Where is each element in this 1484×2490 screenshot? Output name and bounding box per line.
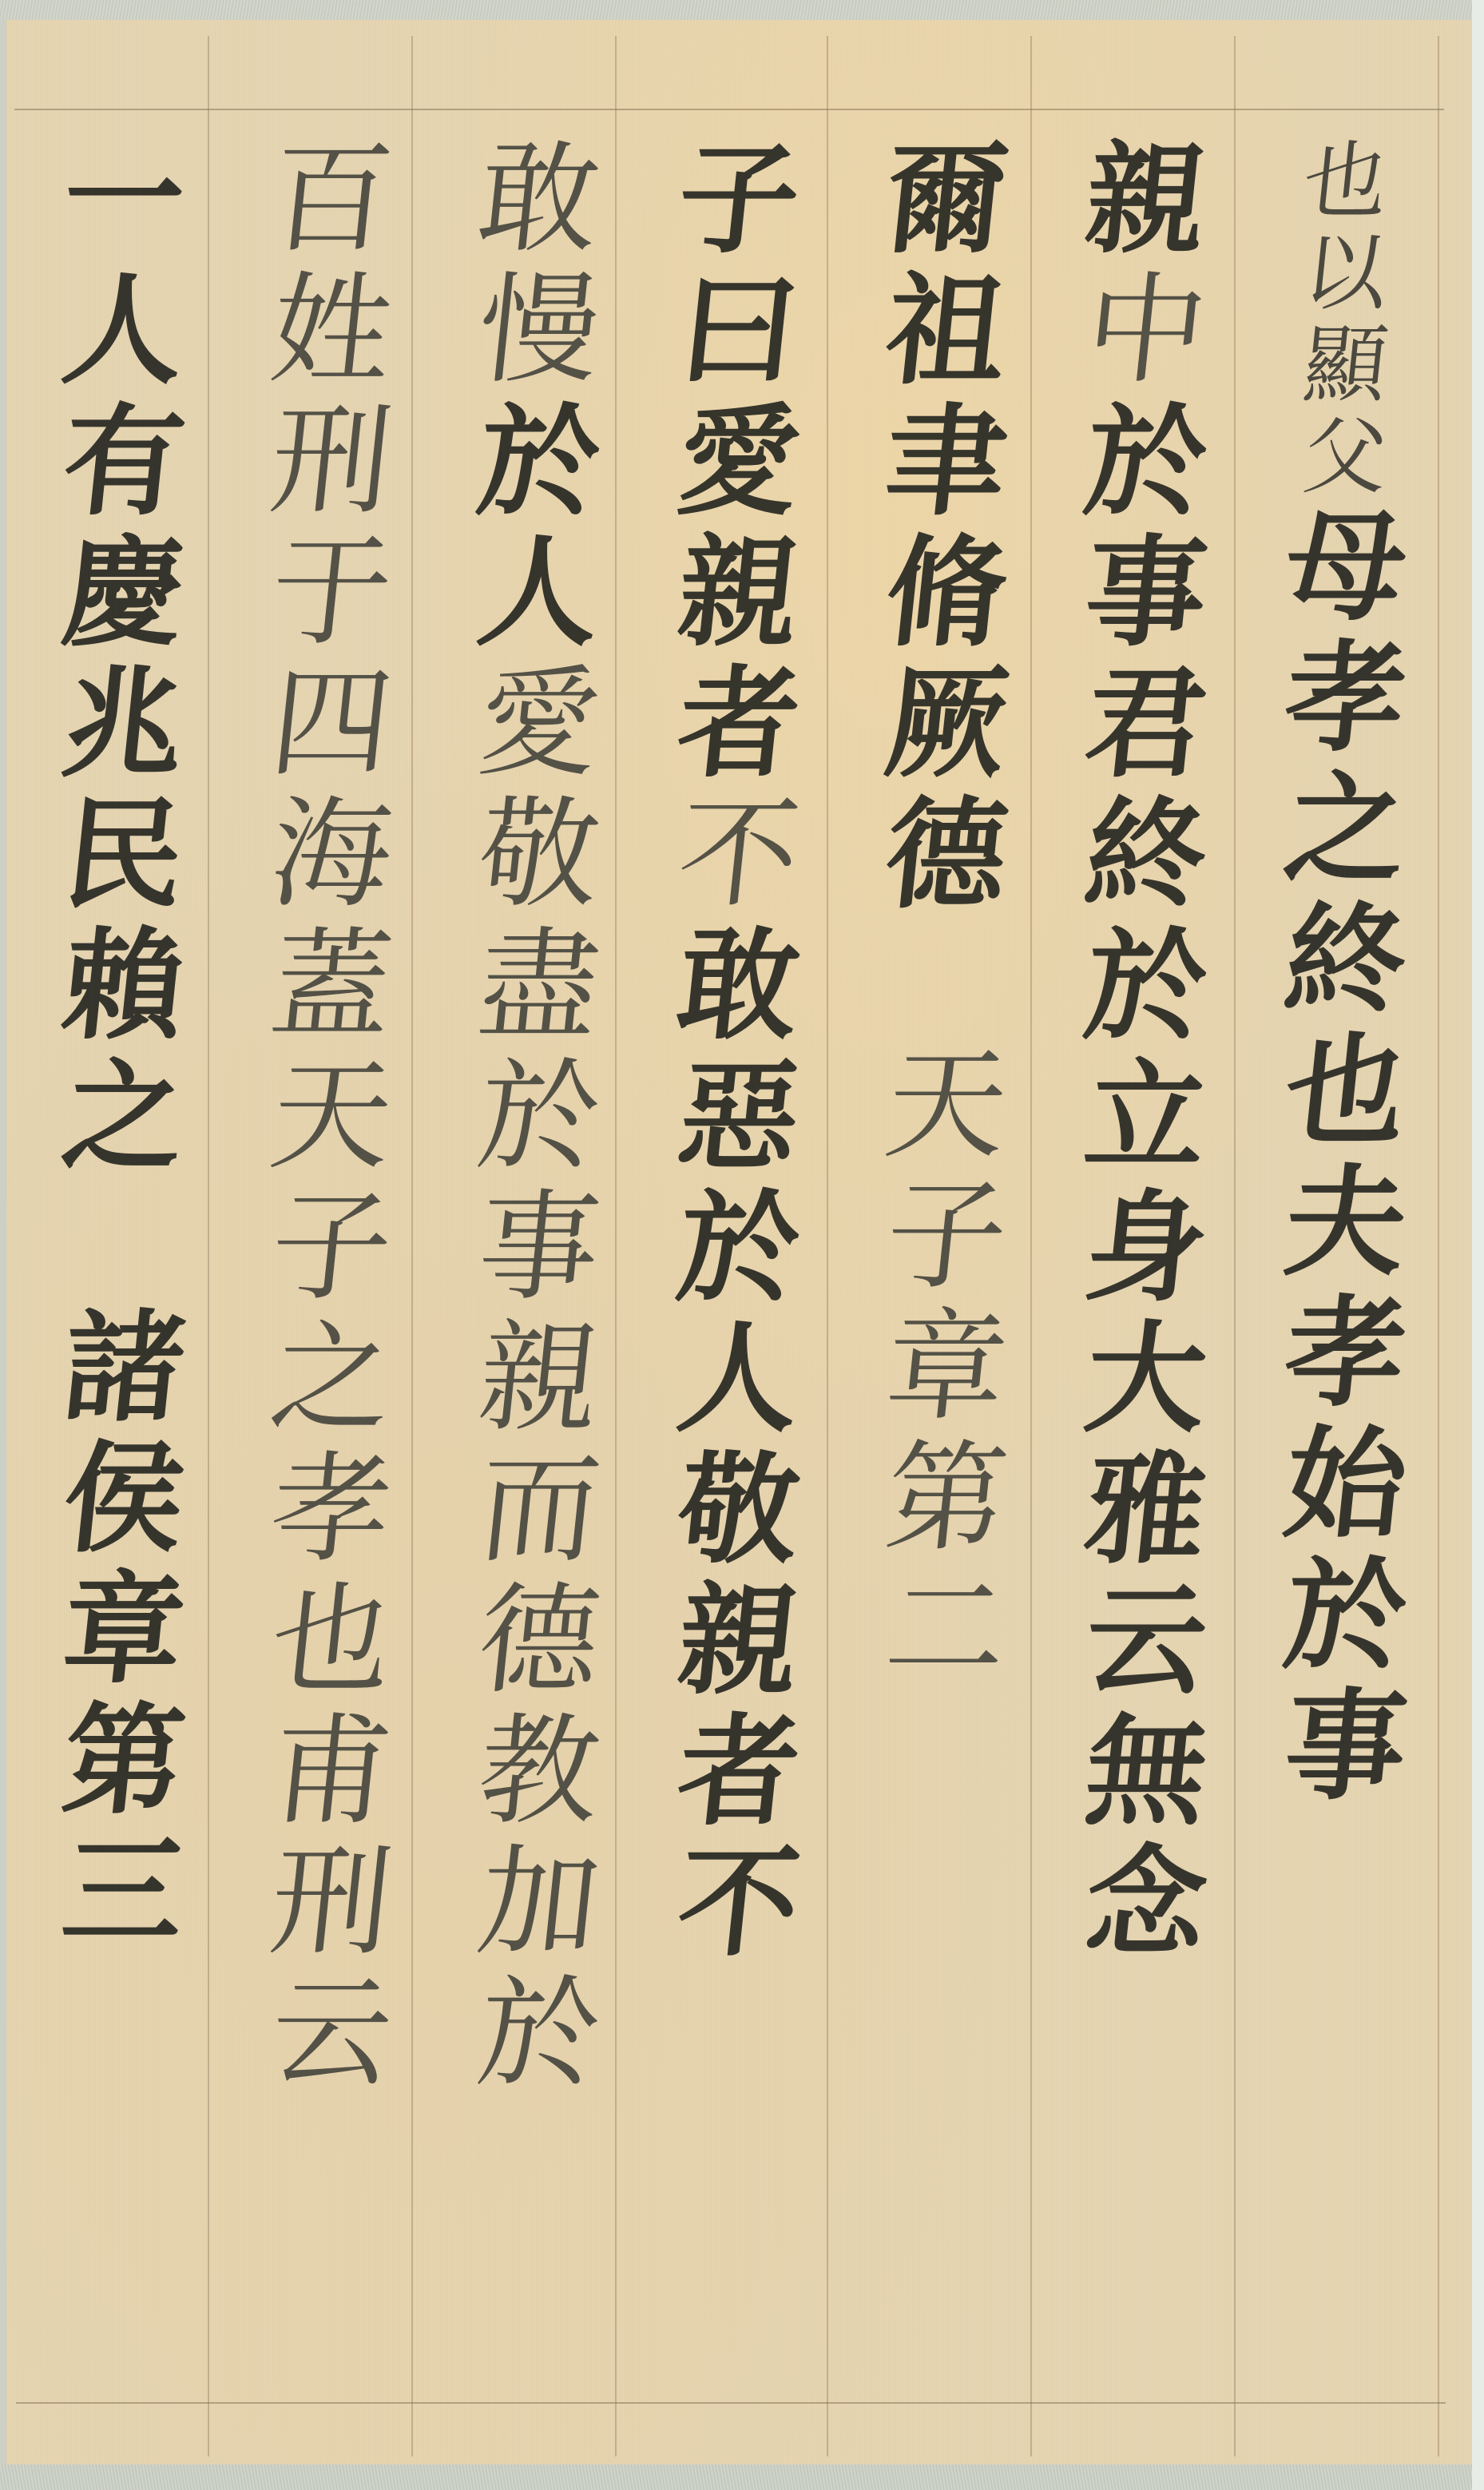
mounting-silk-bottom — [0, 2464, 1484, 2490]
calligraphy-character: 念 — [1080, 1843, 1212, 1963]
calligraphy-character: 有 — [58, 402, 190, 522]
calligraphy-character: 子 — [880, 1177, 1013, 1297]
calligraphy-character: 於 — [673, 1188, 805, 1308]
mounting-silk-top — [0, 0, 1484, 20]
calligraphy-character: 蓋 — [265, 926, 398, 1046]
calligraphy-character: 民 — [58, 795, 190, 915]
calligraphy-character: 人 — [673, 1319, 805, 1439]
calligraphy-character: 一 — [58, 140, 190, 260]
calligraphy-character: 脩 — [880, 533, 1013, 653]
calligraphy-character: 聿 — [880, 402, 1013, 522]
calligraphy-character: 子 — [673, 140, 805, 260]
calligraphy-character: 愛 — [673, 402, 805, 522]
calligraphy-character: 敢 — [473, 140, 605, 260]
calligraphy-character: 爾 — [880, 140, 1013, 260]
calligraphy-character: 而 — [473, 1450, 605, 1570]
calligraphy-character: 顯 — [1299, 324, 1392, 407]
calligraphy-character: 大 — [1080, 1319, 1212, 1439]
calligraphy-character: 父 — [1299, 415, 1392, 499]
calligraphy-character: 侯 — [58, 1439, 190, 1559]
calligraphy-character: 惡 — [673, 1057, 805, 1177]
calligraphy-character: 親 — [673, 1581, 805, 1701]
top-rule-line — [14, 109, 1444, 110]
calligraphy-character: 天 — [880, 1046, 1013, 1166]
calligraphy-character: 立 — [1080, 1057, 1212, 1177]
calligraphy-character: 子 — [265, 1188, 398, 1308]
text-column-3: 爾祖聿脩厥德天子章第二 — [847, 140, 1046, 2393]
calligraphy-character: 於 — [1280, 1555, 1412, 1675]
calligraphy-character: 事 — [1080, 533, 1212, 653]
text-column-2: 親中於事君終於立身大雅云無念 — [1046, 140, 1246, 2393]
calligraphy-character: 云 — [265, 1974, 398, 2094]
calligraphy-character: 孝 — [1280, 1293, 1412, 1413]
calligraphy-character: 以 — [1299, 232, 1392, 316]
calligraphy-character: 于 — [265, 533, 398, 653]
calligraphy-character: 愛 — [473, 664, 605, 784]
calligraphy-character: 終 — [1280, 900, 1412, 1020]
calligraphy-character: 終 — [1080, 795, 1212, 915]
calligraphy-character: 三 — [58, 1832, 190, 1952]
calligraphy-character: 於 — [473, 1974, 605, 2094]
calligraphy-character: 賴 — [58, 926, 190, 1046]
calligraphy-character: 敢 — [673, 926, 805, 1046]
calligraphy-character: 中 — [1080, 271, 1212, 391]
calligraphy-character: 云 — [1080, 1581, 1212, 1701]
calligraphy-character: 雅 — [1080, 1450, 1212, 1570]
calligraphy-character: 天 — [265, 1057, 398, 1177]
mount-edge — [1472, 0, 1484, 2490]
bottom-rule-line — [16, 2402, 1446, 2404]
calligraphy-character: 者 — [673, 1712, 805, 1832]
manuscript-paper: 也以顯父母孝之終也夫孝始於事親中於事君終於立身大雅云無念爾祖聿脩厥德天子章第二子… — [6, 20, 1472, 2464]
calligraphy-character: 親 — [1080, 140, 1212, 260]
calligraphy-character: 甫 — [265, 1712, 398, 1832]
calligraphy-character: 也 — [265, 1581, 398, 1701]
calligraphy-character: 刑 — [265, 1843, 398, 1963]
calligraphy-character: 始 — [1280, 1424, 1412, 1544]
calligraphy-character: 祖 — [880, 271, 1013, 391]
calligraphy-character: 孝 — [1280, 638, 1412, 758]
calligraphy-character: 親 — [673, 533, 805, 653]
calligraphy-character: 慢 — [473, 271, 605, 391]
calligraphy-character: 親 — [473, 1319, 605, 1439]
calligraphy-character: 敬 — [473, 795, 605, 915]
text-column-7: 一人有慶兆民賴之諸侯章第三 — [24, 140, 224, 2393]
calligraphy-character: 事 — [1280, 1686, 1412, 1806]
calligraphy-character: 海 — [265, 795, 398, 915]
text-column-1: 也以顯父母孝之終也夫孝始於事 — [1246, 140, 1446, 2393]
text-column-5: 敢慢於人愛敬盡於事親而德教加於 — [439, 140, 639, 2393]
calligraphy-character: 百 — [265, 140, 398, 260]
calligraphy-character: 第 — [58, 1701, 190, 1821]
calligraphy-character: 於 — [473, 1057, 605, 1177]
calligraphy-character: 於 — [1080, 402, 1212, 522]
calligraphy-character: 章 — [58, 1570, 190, 1690]
calligraphy-character: 四 — [265, 664, 398, 784]
calligraphy-character: 君 — [1080, 664, 1212, 784]
calligraphy-character: 盡 — [473, 926, 605, 1046]
calligraphy-character: 人 — [58, 271, 190, 391]
calligraphy-character: 兆 — [58, 664, 190, 784]
calligraphy-character: 章 — [880, 1308, 1013, 1428]
calligraphy-character: 敬 — [673, 1450, 805, 1570]
calligraphy-character: 人 — [473, 533, 605, 653]
calligraphy-character: 刑 — [265, 402, 398, 522]
calligraphy-character: 之 — [1280, 769, 1412, 889]
calligraphy-character: 於 — [473, 402, 605, 522]
calligraphy-character: 諸 — [58, 1308, 190, 1428]
calligraphy-character: 曰 — [673, 271, 805, 391]
calligraphy-character: 不 — [673, 795, 805, 915]
calligraphy-character: 無 — [1080, 1712, 1212, 1832]
calligraphy-character: 教 — [473, 1712, 605, 1832]
calligraphy-character: 厥 — [880, 664, 1013, 784]
calligraphy-character: 夫 — [1280, 1162, 1412, 1282]
calligraphy-character: 不 — [673, 1843, 805, 1963]
calligraphy-character: 也 — [1280, 1031, 1412, 1151]
calligraphy-character: 於 — [1080, 926, 1212, 1046]
text-column-4: 子曰愛親者不敢惡於人敬親者不 — [639, 140, 839, 2393]
calligraphy-character: 身 — [1080, 1188, 1212, 1308]
calligraphy-character: 也 — [1299, 140, 1392, 224]
calligraphy-character: 姓 — [265, 271, 398, 391]
calligraphy-character: 之 — [58, 1057, 190, 1177]
calligraphy-character: 二 — [880, 1570, 1013, 1690]
calligraphy-character: 德 — [473, 1581, 605, 1701]
calligraphy-character: 德 — [880, 795, 1013, 915]
calligraphy-character: 孝 — [265, 1450, 398, 1570]
calligraphy-character: 之 — [265, 1319, 398, 1439]
calligraphy-character: 第 — [880, 1439, 1013, 1559]
calligraphy-character: 事 — [473, 1188, 605, 1308]
calligraphy-character: 者 — [673, 664, 805, 784]
text-column-6: 百姓刑于四海蓋天子之孝也甫刑云 — [232, 140, 431, 2393]
calligraphy-character: 慶 — [58, 533, 190, 653]
calligraphy-character: 加 — [473, 1843, 605, 1963]
calligraphy-character: 母 — [1280, 507, 1412, 627]
